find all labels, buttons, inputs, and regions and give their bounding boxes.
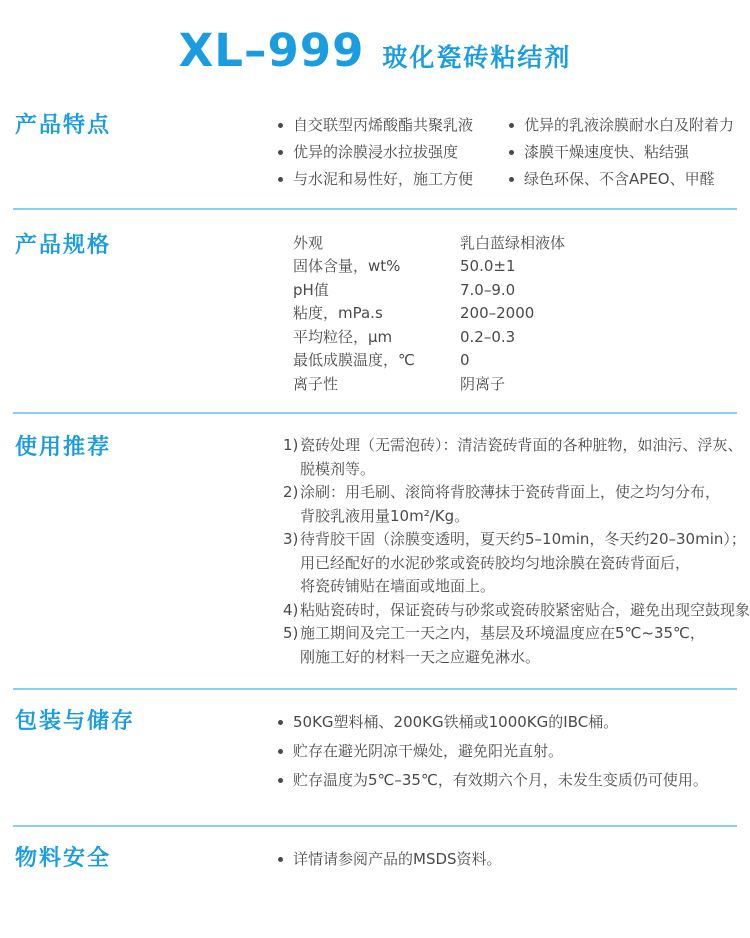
features-content: 自交联型丙烯酸酯共聚乳液 优异的涂膜浸水拉拔强度 与水泥和易性好，施工方便 优异… [278,112,740,193]
usage-item: 5) 施工期间及完工一天之内，基层及环境温度应在5℃~35℃， 刚施工好的材料一… [283,622,750,669]
usage-item-text: 粘贴瓷砖时，保证瓷砖与砂浆或瓷砖胶紧密贴合，避免出现空鼓现象。 [300,599,750,623]
usage-line: 用已经配好的水泥砂浆或瓷砖胶均匀地涂膜在瓷砖背面后， [300,552,750,576]
safety-content: 详情请参阅产品的MSDS资料。 [278,845,737,874]
bullet-icon [278,123,283,128]
spec-value: 200–2000 [460,302,737,326]
spec-row: 外观 乳白蓝绿相液体 [293,232,737,256]
bullet-icon [509,123,514,128]
usage-line: 将瓷砖铺贴在墙面或地面上。 [300,575,750,599]
feature-item: 漆膜干燥速度快、粘结强 [509,139,740,166]
usage-list: 1) 瓷砖处理（无需泡砖）：清洁瓷砖背面的各种脏物，如油污、浮灰、 脱模剂等。 … [278,434,750,669]
spec-value: 阴离子 [460,373,737,397]
feature-text: 与水泥和易性好，施工方便 [293,166,473,193]
bullet-icon [278,150,283,155]
packaging-content: 50KG塑料桶、200KG铁桶或1000KG的IBC桶。 贮存在避光阴凉干燥处，… [278,708,737,795]
section-title-usage: 使用推荐 [15,434,278,669]
feature-text: 优异的乳液涂膜耐水白及附着力 [524,112,734,139]
usage-item-text: 瓷砖处理（无需泡砖）：清洁瓷砖背面的各种脏物，如油污、浮灰、 脱模剂等。 [300,434,750,481]
usage-line: 粘贴瓷砖时，保证瓷砖与砂浆或瓷砖胶紧密贴合，避免出现空鼓现象。 [300,599,750,623]
usage-item-text: 涂刷：用毛刷、滚筒将背胶薄抹于瓷砖背面上，使之均匀分布， 背胶乳液用量10m²/… [300,481,750,528]
usage-item: 3) 待背胶干固（涂膜变透明，夏天约5–10min，冬天约20–30min）； … [283,528,750,599]
usage-item: 4) 粘贴瓷砖时，保证瓷砖与砂浆或瓷砖胶紧密贴合，避免出现空鼓现象。 [283,599,750,623]
feature-item: 绿色环保、不含APEO、甲醛 [509,166,740,193]
spec-label: pH值 [293,279,460,303]
safety-item: 详情请参阅产品的MSDS资料。 [278,845,737,874]
packaging-text: 50KG塑料桶、200KG铁桶或1000KG的IBC桶。 [293,708,618,737]
specs-table: 外观 乳白蓝绿相液体 固体含量，wt% 50.0±1 pH值 7.0–9.0 粘… [278,232,737,397]
usage-item-number: 5) [283,622,300,669]
header: XL–999 玻化瓷砖粘结剂 [0,0,750,76]
spec-row: pH值 7.0–9.0 [293,279,737,303]
product-name: 玻化瓷砖粘结剂 [382,38,571,74]
usage-line: 施工期间及完工一天之内，基层及环境温度应在5℃~35℃， [300,622,750,646]
spec-row: 粘度，mPa.s 200–2000 [293,302,737,326]
usage-item-number: 4) [283,599,300,623]
spec-label: 固体含量，wt% [293,255,460,279]
usage-item-text: 施工期间及完工一天之内，基层及环境温度应在5℃~35℃， 刚施工好的材料一天之应… [300,622,750,669]
usage-line: 涂刷：用毛刷、滚筒将背胶薄抹于瓷砖背面上，使之均匀分布， [300,481,750,505]
spec-row: 固体含量，wt% 50.0±1 [293,255,737,279]
section-usage: 使用推荐 1) 瓷砖处理（无需泡砖）：清洁瓷砖背面的各种脏物，如油污、浮灰、 脱… [0,434,750,688]
packaging-text: 贮存温度为5℃–35℃，有效期六个月，未发生变质仍可使用。 [293,766,708,795]
product-code: XL–999 [179,26,365,76]
section-divider [13,208,737,210]
packaging-item: 贮存在避光阴凉干燥处，避免阳光直射。 [278,737,737,766]
features-column-1: 自交联型丙烯酸酯共聚乳液 优异的涂膜浸水拉拔强度 与水泥和易性好，施工方便 [278,112,509,193]
feature-text: 绿色环保、不含APEO、甲醛 [524,166,715,193]
usage-item-number: 3) [283,528,300,599]
feature-text: 漆膜干燥速度快、粘结强 [524,139,689,166]
usage-line: 刚施工好的材料一天之应避免淋水。 [300,646,750,670]
section-safety: 物料安全 详情请参阅产品的MSDS资料。 [0,845,750,914]
bullet-icon [278,720,283,725]
spec-label: 外观 [293,232,460,256]
feature-item: 自交联型丙烯酸酯共聚乳液 [278,112,509,139]
spec-row: 最低成膜温度，℃ 0 [293,349,737,373]
usage-item-number: 2) [283,481,300,528]
packaging-bullet-list: 50KG塑料桶、200KG铁桶或1000KG的IBC桶。 贮存在避光阴凉干燥处，… [278,708,737,795]
usage-item: 1) 瓷砖处理（无需泡砖）：清洁瓷砖背面的各种脏物，如油污、浮灰、 脱模剂等。 [283,434,750,481]
section-divider [13,825,737,827]
spec-value: 0.2–0.3 [460,326,737,350]
section-title-packaging: 包装与储存 [15,708,278,795]
usage-line: 待背胶干固（涂膜变透明，夏天约5–10min，冬天约20–30min）； [300,528,750,552]
bullet-icon [278,857,283,862]
spec-value: 7.0–9.0 [460,279,737,303]
usage-item-number: 1) [283,434,300,481]
packaging-text: 贮存在避光阴凉干燥处，避免阳光直射。 [293,737,563,766]
spec-row: 离子性 阴离子 [293,373,737,397]
usage-line: 背胶乳液用量10m²/Kg。 [300,505,750,529]
spec-label: 离子性 [293,373,460,397]
usage-item-text: 待背胶干固（涂膜变透明，夏天约5–10min，冬天约20–30min）； 用已经… [300,528,750,599]
usage-item: 2) 涂刷：用毛刷、滚筒将背胶薄抹于瓷砖背面上，使之均匀分布， 背胶乳液用量10… [283,481,750,528]
packaging-item: 50KG塑料桶、200KG铁桶或1000KG的IBC桶。 [278,708,737,737]
usage-line: 瓷砖处理（无需泡砖）：清洁瓷砖背面的各种脏物，如油污、浮灰、 [300,434,750,458]
spec-label: 平均粒径，μm [293,326,460,350]
spec-row: 平均粒径，μm 0.2–0.3 [293,326,737,350]
safety-text: 详情请参阅产品的MSDS资料。 [293,845,502,874]
spec-value: 乳白蓝绿相液体 [460,232,737,256]
bullet-icon [509,150,514,155]
spec-label: 最低成膜温度，℃ [293,349,460,373]
section-title-features: 产品特点 [15,112,278,193]
bullet-icon [509,177,514,182]
usage-line: 脱模剂等。 [300,458,750,482]
features-column-2: 优异的乳液涂膜耐水白及附着力 漆膜干燥速度快、粘结强 绿色环保、不含APEO、甲… [509,112,740,193]
feature-item: 与水泥和易性好，施工方便 [278,166,509,193]
spec-label: 粘度，mPa.s [293,302,460,326]
safety-bullet-list: 详情请参阅产品的MSDS资料。 [278,845,737,874]
feature-item: 优异的乳液涂膜耐水白及附着力 [509,112,740,139]
spec-value: 0 [460,349,737,373]
section-title-safety: 物料安全 [15,845,278,874]
datasheet-page: XL–999 玻化瓷砖粘结剂 产品特点 自交联型丙烯酸酯共聚乳液 优异的涂膜浸水… [0,0,750,938]
section-divider [13,688,737,690]
bullet-icon [278,749,283,754]
feature-text: 优异的涂膜浸水拉拔强度 [293,139,458,166]
feature-item: 优异的涂膜浸水拉拔强度 [278,139,509,166]
section-divider [13,412,737,414]
feature-text: 自交联型丙烯酸酯共聚乳液 [293,112,473,139]
bullet-icon [278,177,283,182]
section-packaging: 包装与储存 50KG塑料桶、200KG铁桶或1000KG的IBC桶。 贮存在避光… [0,708,750,825]
bullet-icon [278,778,283,783]
section-title-specs: 产品规格 [15,232,278,397]
section-specs: 产品规格 外观 乳白蓝绿相液体 固体含量，wt% 50.0±1 pH值 7.0–… [0,232,750,413]
spec-value: 50.0±1 [460,255,737,279]
section-features: 产品特点 自交联型丙烯酸酯共聚乳液 优异的涂膜浸水拉拔强度 与水泥和易性好，施工… [0,112,750,208]
packaging-item: 贮存温度为5℃–35℃，有效期六个月，未发生变质仍可使用。 [278,766,737,795]
